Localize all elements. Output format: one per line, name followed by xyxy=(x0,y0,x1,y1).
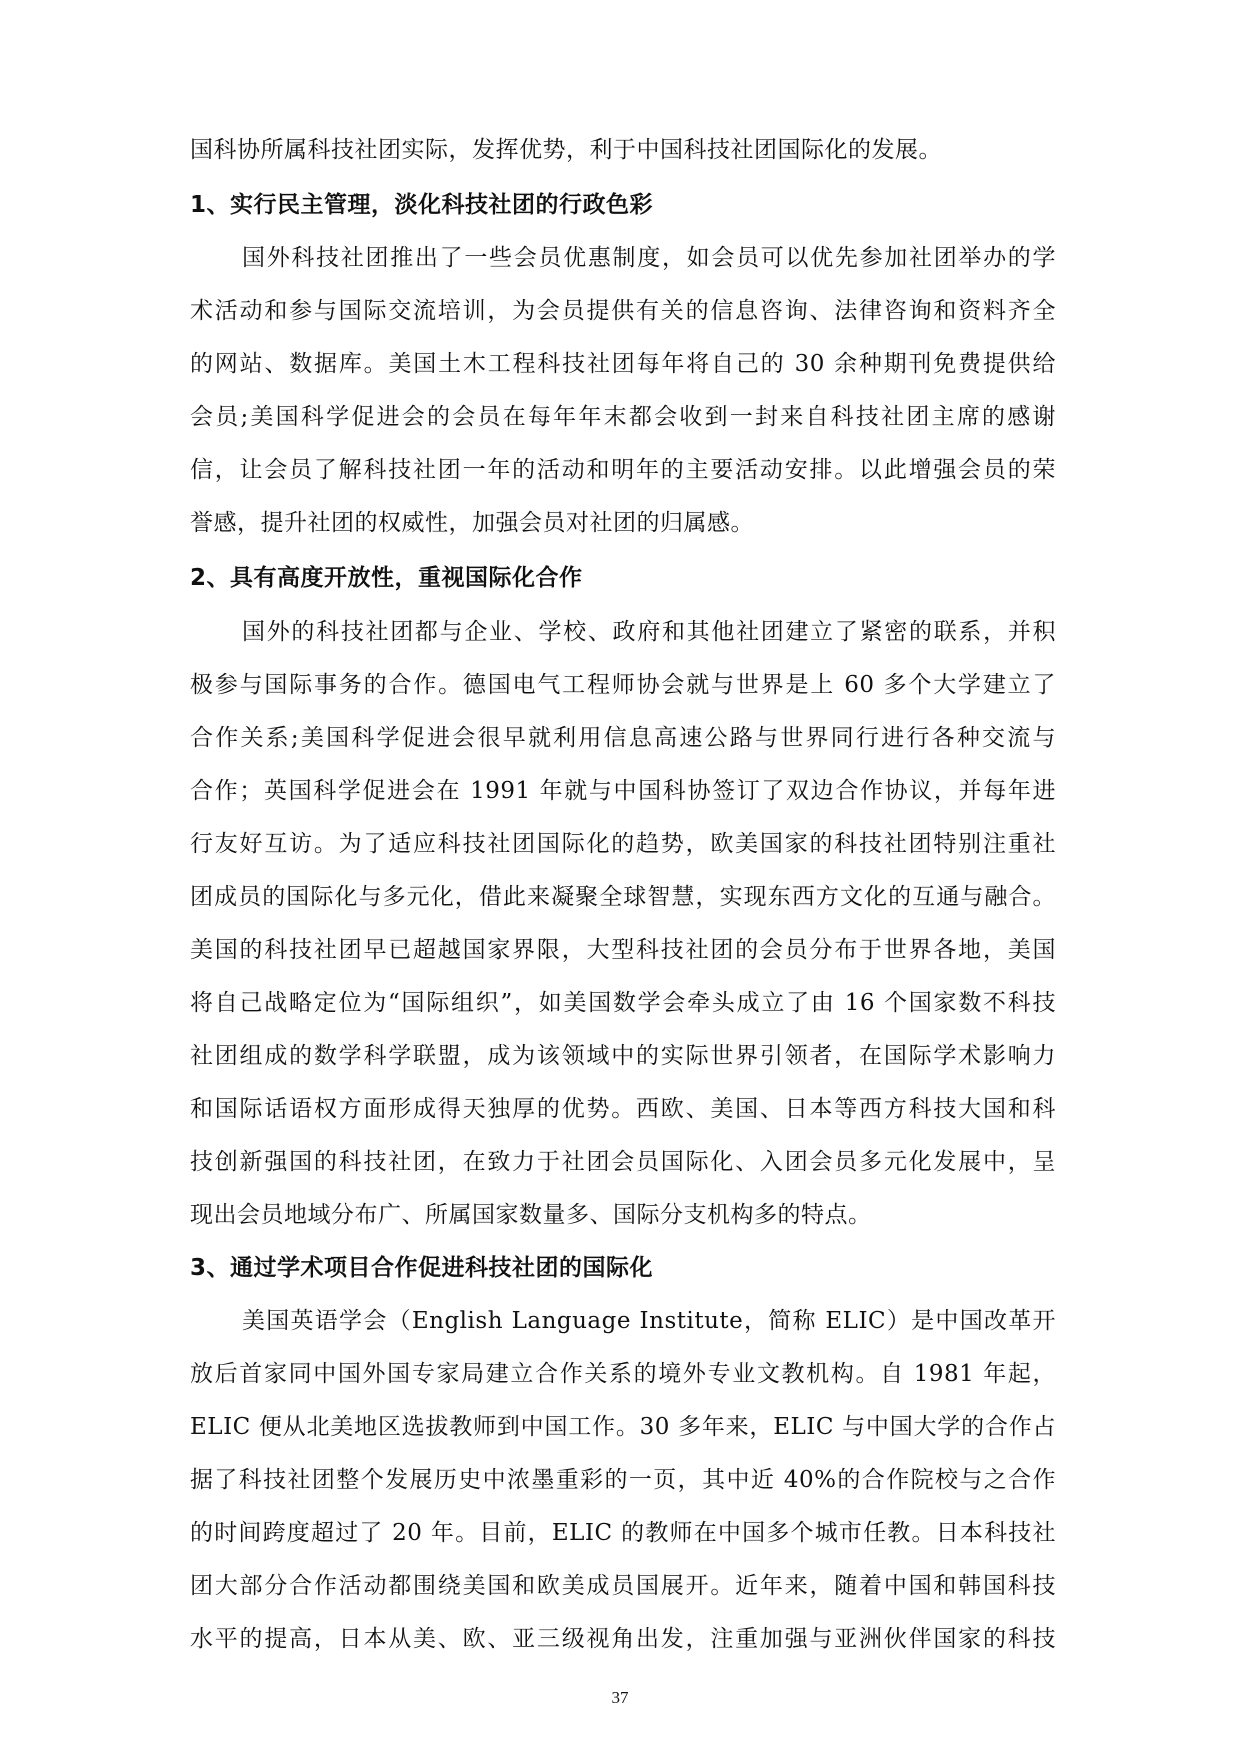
paragraph-line: 行友好互访。为了适应科技社团国际化的趋势，欧美国家的科技社团特别注重社 xyxy=(190,824,1056,864)
paragraph-line: 的网站、数据库。美国土木工程科技社团每年将自己的 30 余种期刊免费提供给 xyxy=(190,344,1056,384)
paragraph-line: 术活动和参与国际交流培训，为会员提供有关的信息咨询、法律咨询和资料齐全 xyxy=(190,291,1056,331)
paragraph-line: 会员;美国科学促进会的会员在每年年末都会收到一封来自科技社团主席的感谢 xyxy=(190,397,1056,437)
paragraph-line: 美国的科技社团早已超越国家界限，大型科技社团的会员分布于世界各地，美国 xyxy=(190,930,1056,970)
paragraph-line: 据了科技社团整个发展历史中浓墨重彩的一页，其中近 40%的合作院校与之合作 xyxy=(190,1460,1056,1500)
paragraph-line: 水平的提高，日本从美、欧、亚三级视角出发，注重加强与亚洲伙伴国家的科技 xyxy=(190,1619,1056,1659)
paragraph-line: 合作关系;美国科学促进会很早就利用信息高速公路与世界同行进行各种交流与 xyxy=(190,718,1056,758)
paragraph-line: 现出会员地域分布广、所属国家数量多、国际分支机构多的特点。 xyxy=(190,1195,1056,1235)
paragraph-line: 放后首家同中国外国专家局建立合作关系的境外专业文教机构。自 1981 年起， xyxy=(190,1354,1056,1394)
section-heading-3: 3、通过学术项目合作促进科技社团的国际化 xyxy=(190,1248,1056,1288)
paragraph-line: 国科协所属科技社团实际，发挥优势，利于中国科技社团国际化的发展。 xyxy=(190,130,1056,170)
paragraph-line: 将自己战略定位为“国际组织”，如美国数学会牵头成立了由 16 个国家数不科技 xyxy=(190,983,1056,1023)
paragraph-line: ELIC 便从北美地区选拔教师到中国工作。30 多年来，ELIC 与中国大学的合… xyxy=(190,1407,1056,1447)
paragraph-line: 团成员的国际化与多元化，借此来凝聚全球智慧，实现东西方文化的互通与融合。 xyxy=(190,877,1056,917)
paragraph-line: 美国英语学会（English Language Institute，简称 ELI… xyxy=(190,1301,1056,1341)
paragraph-line: 社团组成的数学科学联盟，成为该领域中的实际世界引领者，在国际学术影响力 xyxy=(190,1036,1056,1076)
paragraph-line: 合作；英国科学促进会在 1991 年就与中国科协签订了双边合作协议，并每年进 xyxy=(190,771,1056,811)
paragraph-line: 国外的科技社团都与企业、学校、政府和其他社团建立了紧密的联系，并积 xyxy=(190,612,1056,652)
paragraph-line: 誉感，提升社团的权威性，加强会员对社团的归属感。 xyxy=(190,503,1056,543)
paragraph-line: 信，让会员了解科技社团一年的活动和明年的主要活动安排。以此增强会员的荣 xyxy=(190,450,1056,490)
paragraph-line: 的时间跨度超过了 20 年。目前，ELIC 的教师在中国多个城市任教。日本科技社 xyxy=(190,1513,1056,1553)
section-heading-2: 2、具有高度开放性，重视国际化合作 xyxy=(190,558,1056,598)
paragraph-line: 团大部分合作活动都围绕美国和欧美成员国展开。近年来，随着中国和韩国科技 xyxy=(190,1566,1056,1606)
section-heading-1: 1、实行民主管理，淡化科技社团的行政色彩 xyxy=(190,185,1056,225)
paragraph-line: 和国际话语权方面形成得天独厚的优势。西欧、美国、日本等西方科技大国和科 xyxy=(190,1089,1056,1129)
paragraph-line: 国外科技社团推出了一些会员优惠制度，如会员可以优先参加社团举办的学 xyxy=(190,238,1056,278)
paragraph-line: 极参与国际事务的合作。德国电气工程师协会就与世界是上 60 多个大学建立了 xyxy=(190,665,1056,705)
page-number: 37 xyxy=(0,1688,1240,1708)
paragraph-line: 技创新强国的科技社团，在致力于社团会员国际化、入团会员多元化发展中，呈 xyxy=(190,1142,1056,1182)
